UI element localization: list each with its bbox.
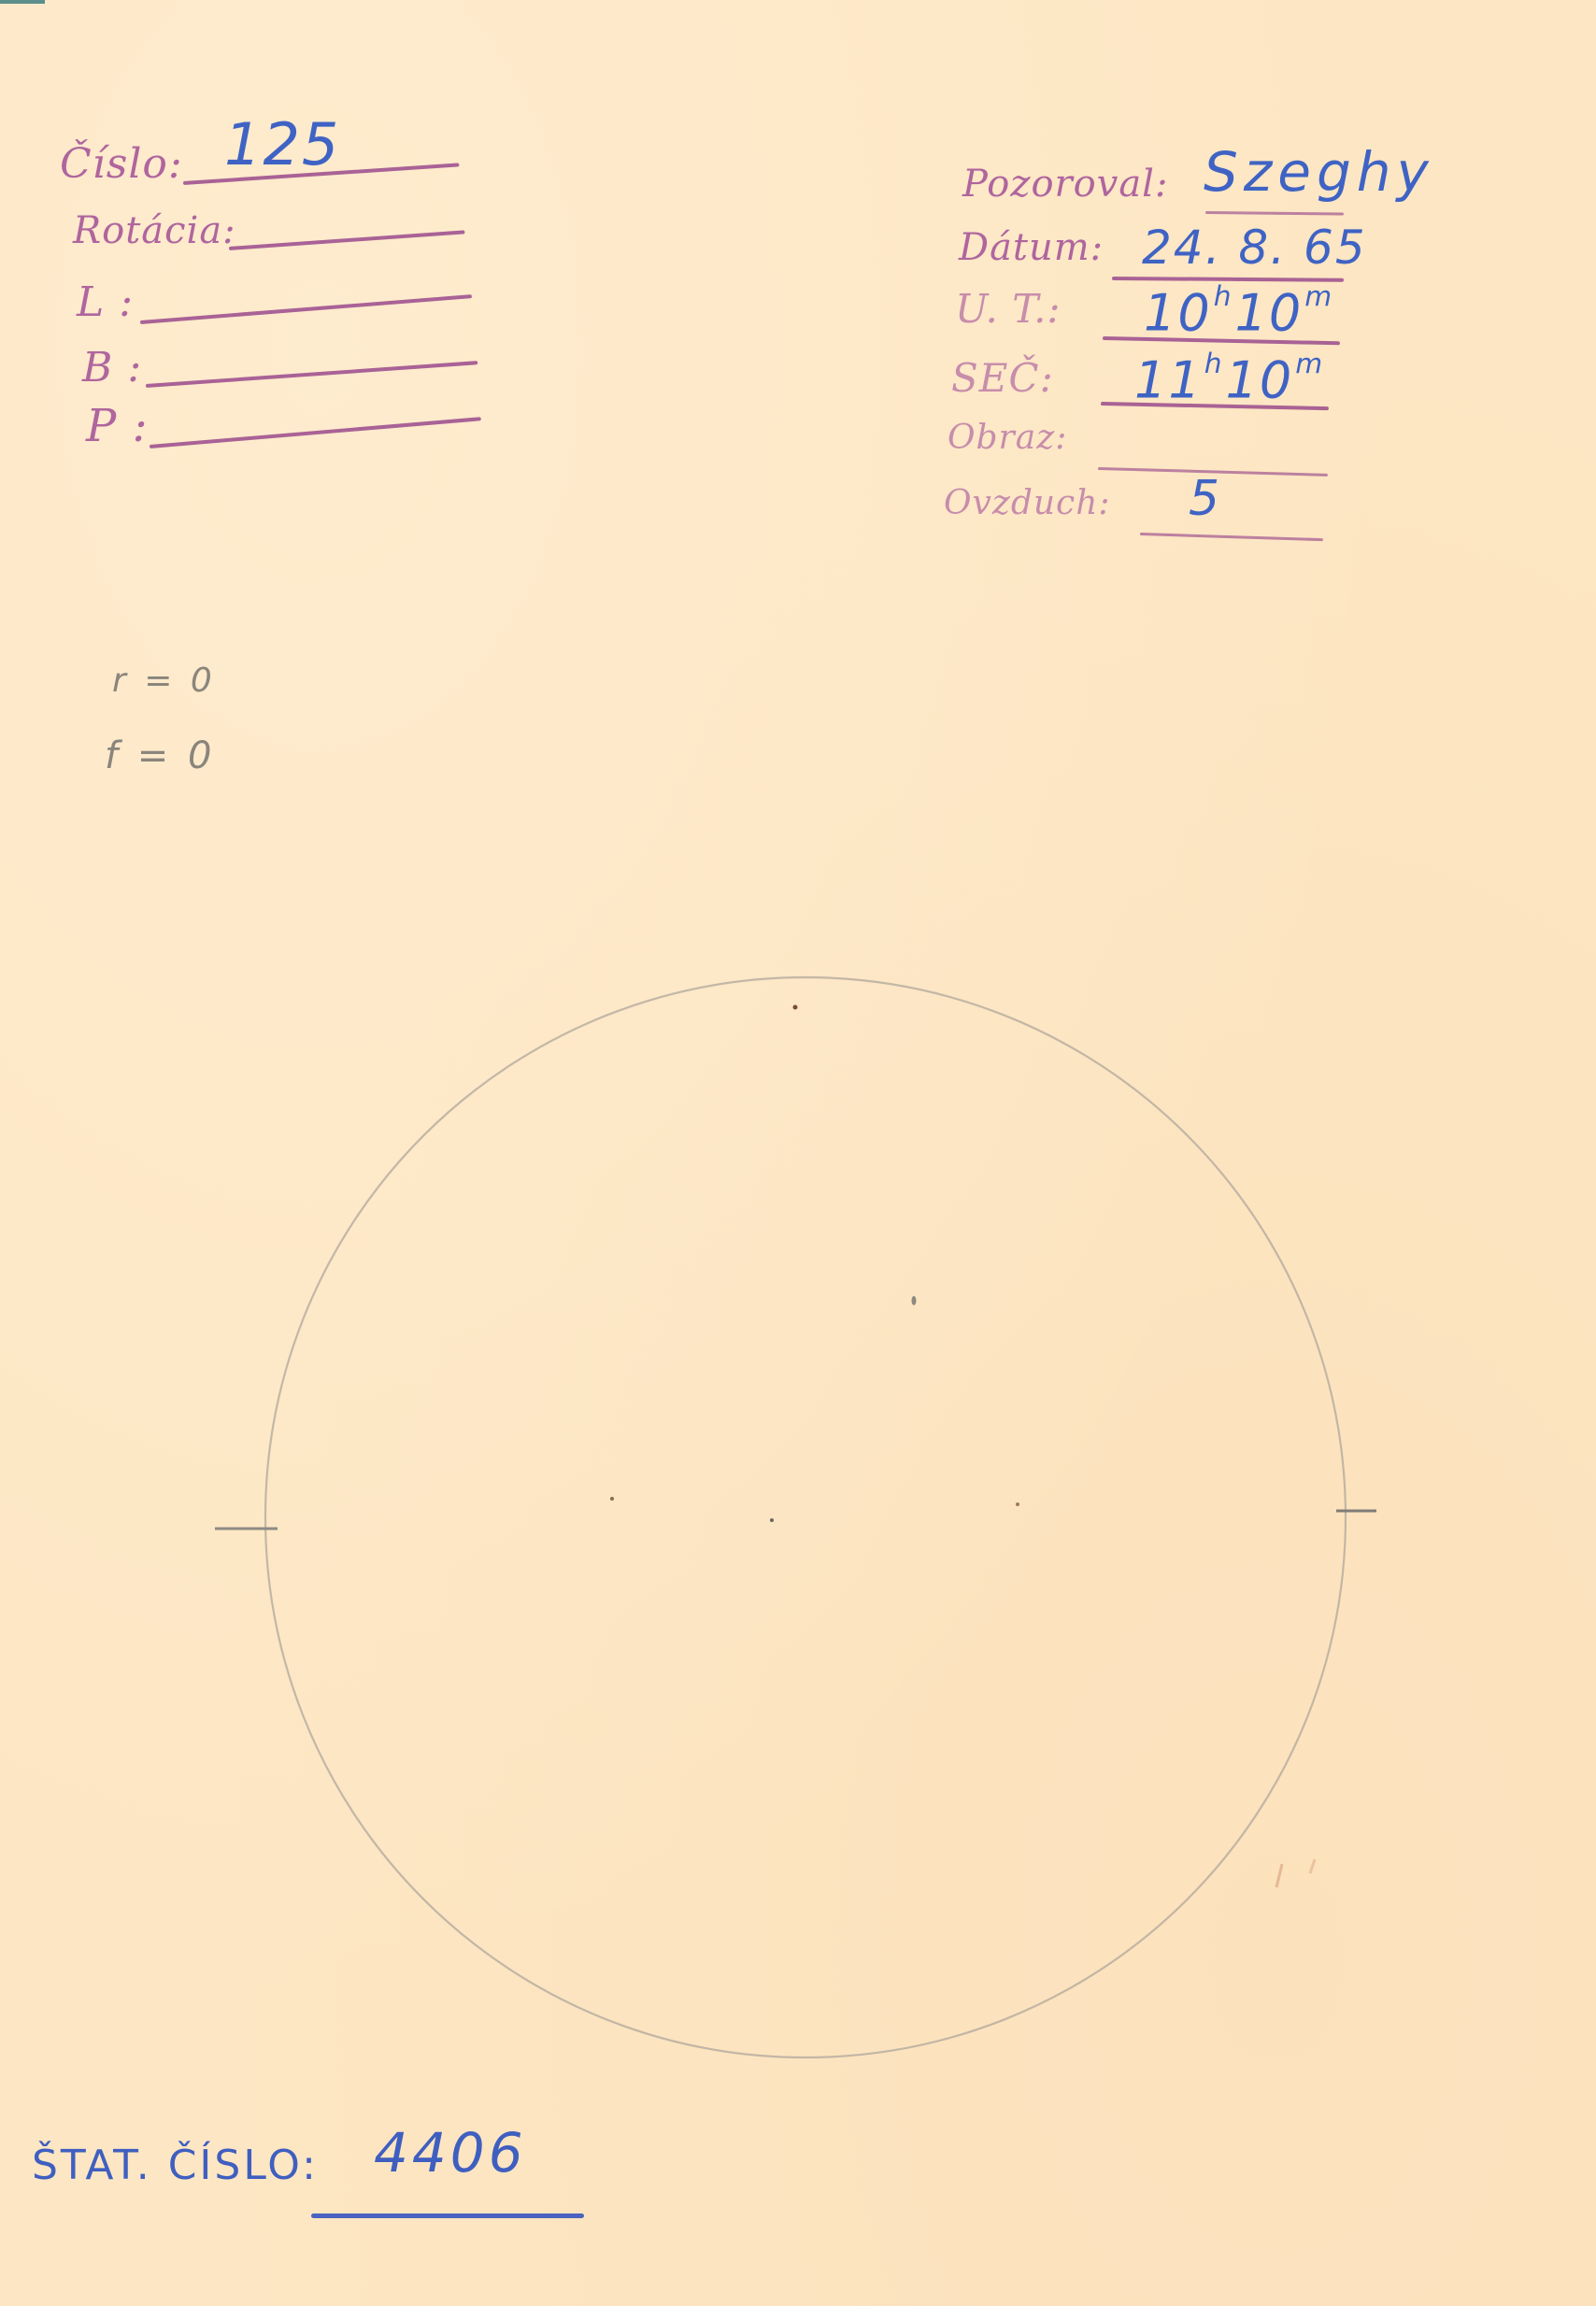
paper-speck <box>610 1497 614 1501</box>
stat-cislo-value: 4406 <box>374 2121 527 2185</box>
solar-disk-outline <box>265 977 1346 2057</box>
paper-speck <box>770 1518 774 1522</box>
paper-speck <box>793 1005 798 1010</box>
paper-speck <box>1016 1502 1019 1506</box>
solar-disk-drawing <box>0 0 1596 2306</box>
observation-sheet: Číslo: 125 Rotácia: L : B : P : Pozorova… <box>0 0 1596 2306</box>
stat-cislo-underline <box>311 2213 584 2218</box>
paper-fiber <box>1310 1859 1315 1873</box>
paper-fiber <box>1276 1864 1282 1887</box>
paper-speck <box>912 1296 917 1305</box>
stat-cislo-label: ŠTAT. ČÍSLO: <box>32 2142 319 2189</box>
